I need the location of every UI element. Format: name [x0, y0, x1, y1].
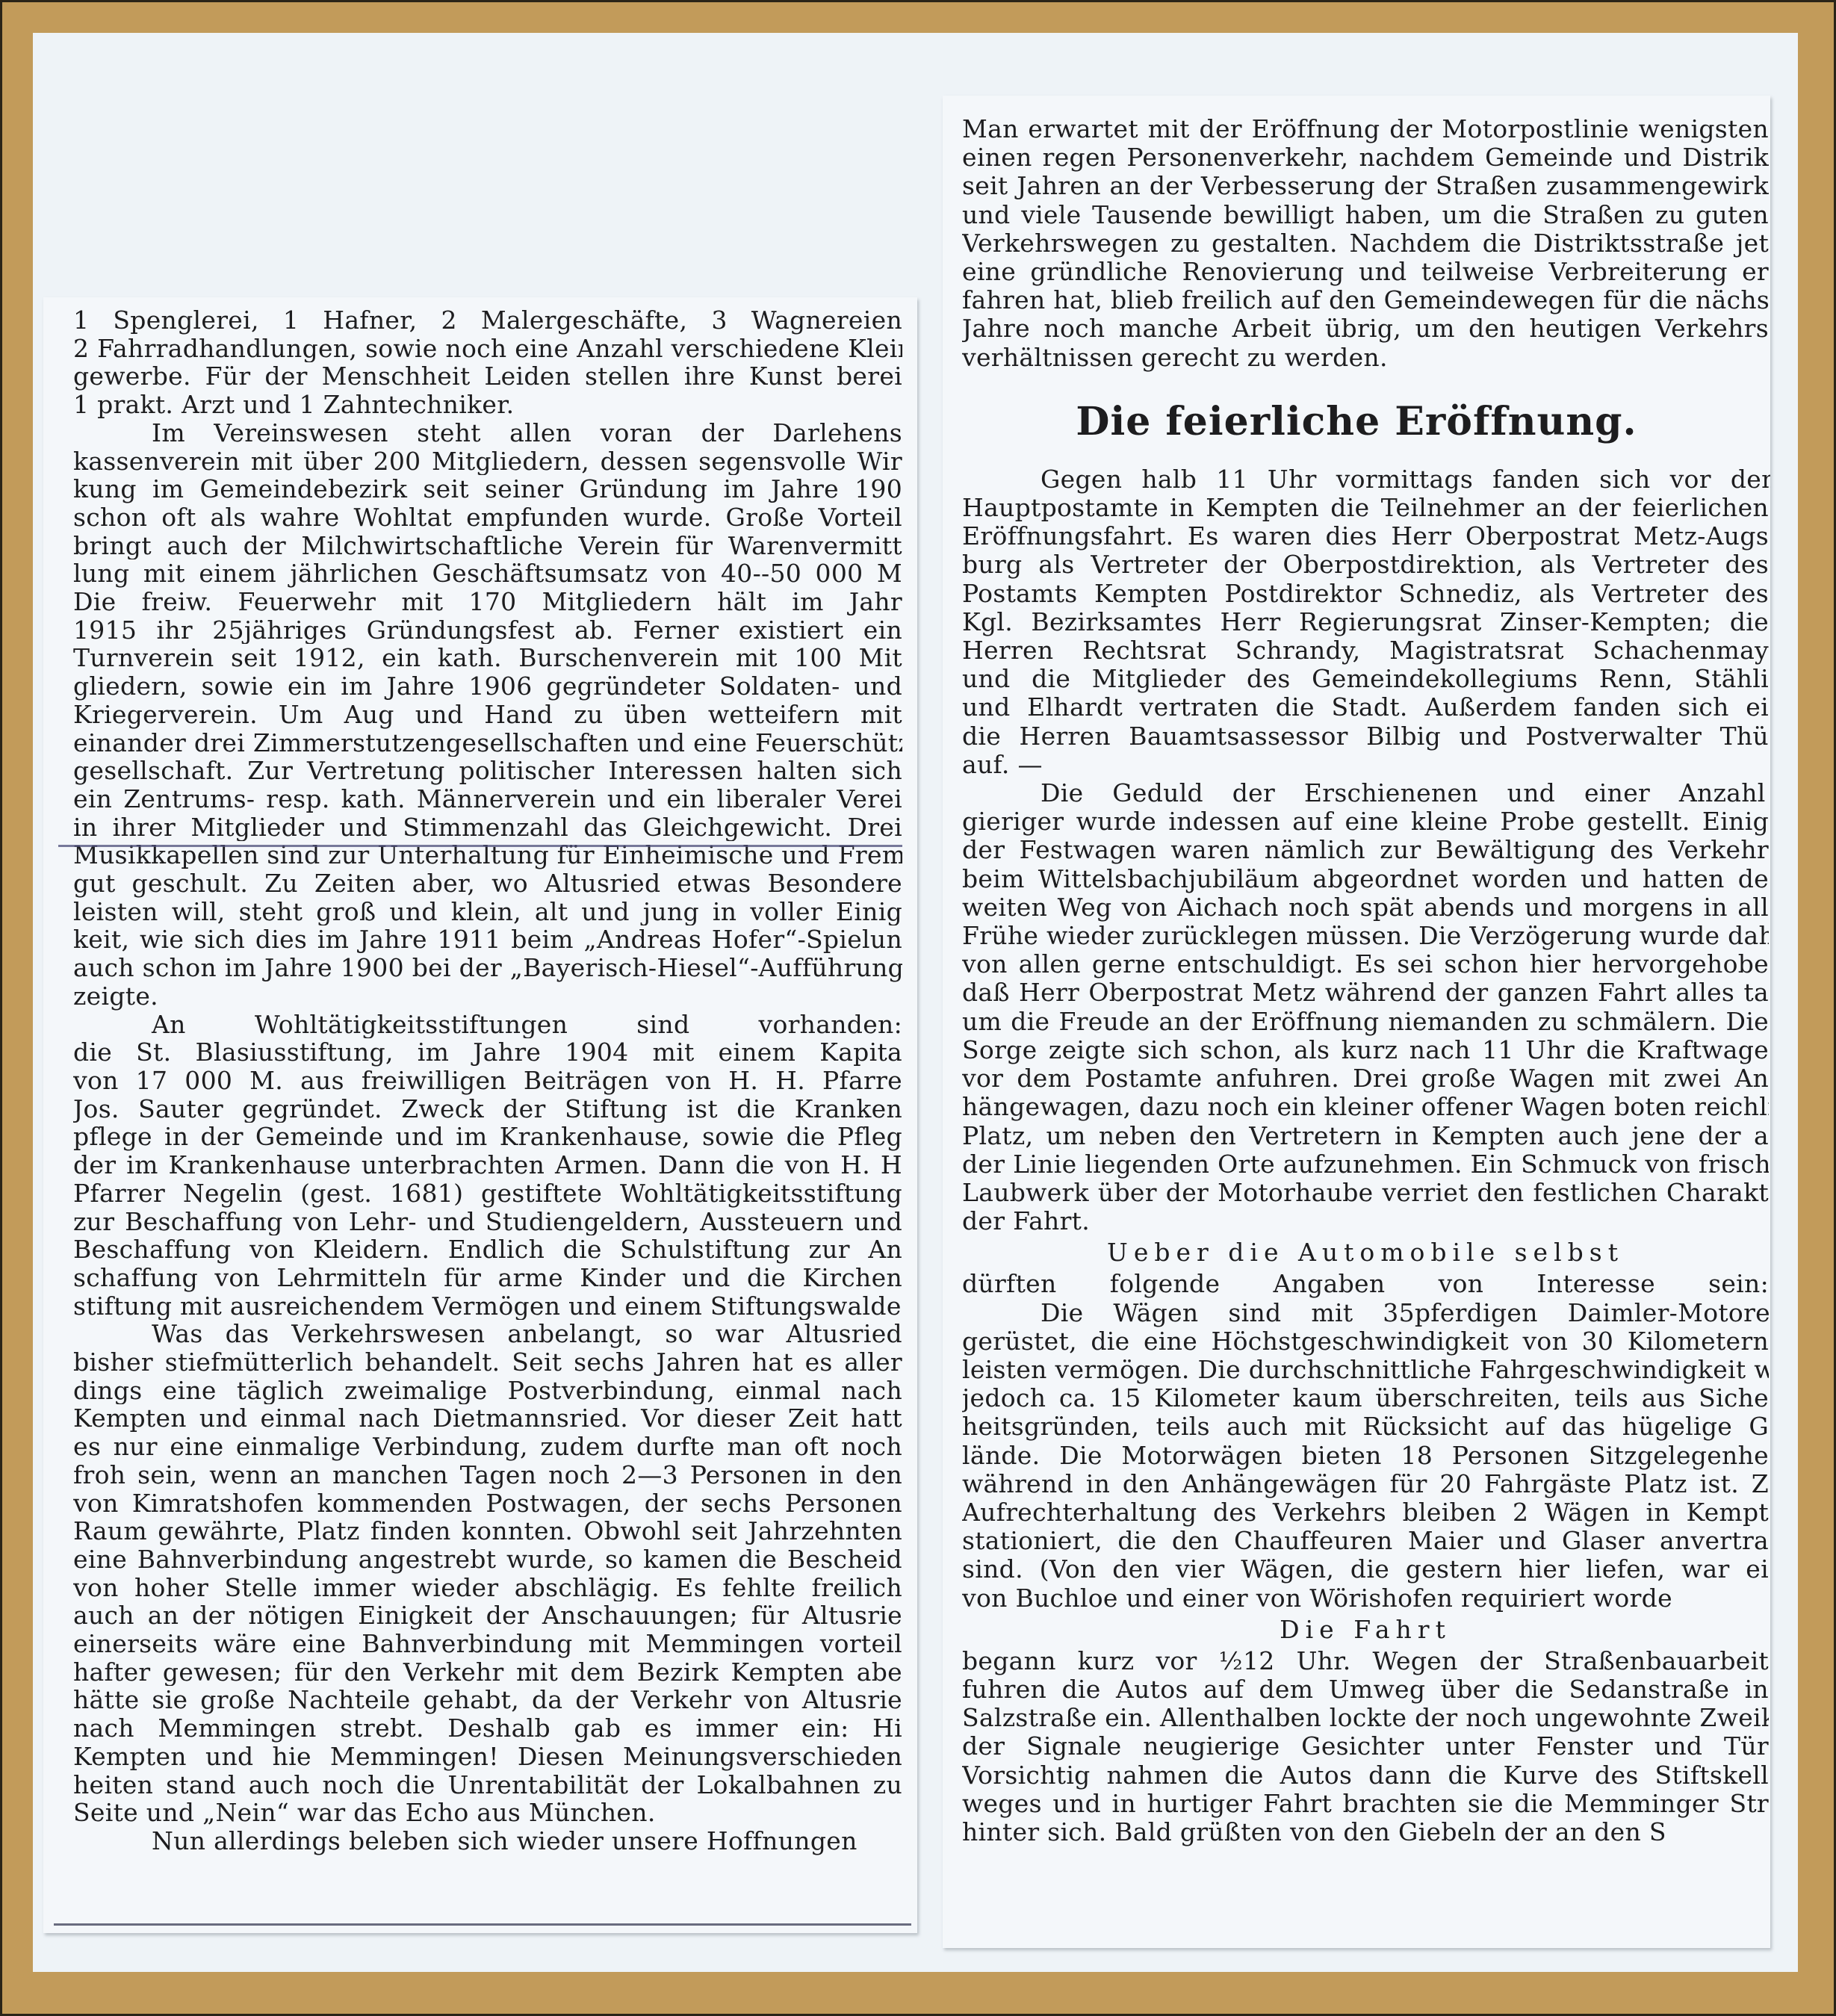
text-line: und viele Tausende bewilligt haben, um d…	[962, 201, 1769, 229]
text-line: von allen gerne entschuldigt. Es sei sch…	[962, 950, 1769, 978]
text-line: und die Mitglieder des Gemeindekollegium…	[962, 665, 1769, 693]
text-line: einen regen Personenverkehr, nachdem Gem…	[962, 143, 1769, 172]
text-line: von Kimratshofen kommenden Postwagen, de…	[73, 1489, 902, 1518]
left-clipping: 1 Spenglerei, 1 Hafner, 2 Malergeschäfte…	[43, 297, 917, 1933]
text-line: gerüstet, die eine Höchstgeschwindigkeit…	[962, 1327, 1769, 1356]
text-line: gieriger wurde indessen auf eine kleine …	[962, 807, 1769, 836]
text-line: beim Wittelsbachjubiläum abgeordnet word…	[962, 865, 1769, 893]
text-line: 2 Fahrradhandlungen, sowie noch eine Anz…	[73, 335, 902, 363]
text-line: hafter gewesen; für den Verkehr mit dem …	[73, 1658, 902, 1687]
text-line: froh sein, wenn an manchen Tagen noch 2—…	[73, 1461, 902, 1489]
text-line: Kgl. Bezirksamtes Herr Regierungsrat Zin…	[962, 608, 1769, 636]
text-line: keit, wie sich dies im Jahre 1911 beim „…	[73, 925, 902, 954]
text-line: ein Zentrums- resp. kath. Männerverein u…	[73, 785, 902, 813]
text-line: Was das Verkehrswesen anbelangt, so war …	[73, 1320, 902, 1348]
text-line: Beschaffung von Kleidern. Endlich die Sc…	[73, 1235, 902, 1264]
text-line: und Elhardt vertraten die Stadt. Außerde…	[962, 693, 1769, 722]
text-line: von Buchloe und einer von Wörishofen req…	[962, 1584, 1769, 1613]
text-line: hätte sie große Nachteile gehabt, da der…	[73, 1686, 902, 1714]
text-line: seit Jahren an der Verbesserung der Stra…	[962, 172, 1769, 200]
subheading-journey: Die Fahrt	[962, 1613, 1769, 1647]
text-line: Die Geduld der Erschienenen und einer An…	[962, 779, 1770, 807]
paragraph: Was das Verkehrswesen anbelangt, so war …	[73, 1320, 902, 1827]
text-line: von 17 000 M. aus freiwilligen Beiträgen…	[73, 1067, 902, 1095]
text-line: einander drei Zimmerstutzengesellschafte…	[73, 729, 902, 757]
text-line: Kempten und hie Memmingen! Diesen Meinun…	[73, 1743, 902, 1771]
text-line: 1 Spenglerei, 1 Hafner, 2 Malergeschäfte…	[73, 306, 902, 335]
text-line: vor dem Postamte anfuhren. Drei große Wa…	[962, 1064, 1769, 1093]
text-line: schaffung von Lehrmitteln für arme Kinde…	[73, 1264, 902, 1292]
text-line: heiten stand auch noch die Unrentabilitä…	[73, 1771, 902, 1799]
text-line: kassenverein mit über 200 Mitgliedern, d…	[73, 447, 902, 476]
text-line: hinter sich. Bald grüßten von den Giebel…	[962, 1818, 1769, 1846]
text-line: Postamts Kempten Postdirektor Schnediz, …	[962, 580, 1769, 608]
text-line: eine Bahnverbindung angestrebt wurde, so…	[73, 1545, 902, 1574]
text-line: Hauptpostamte in Kempten die Teilnehmer …	[962, 494, 1769, 522]
text-line: Platz, um neben den Vertretern in Kempte…	[962, 1122, 1769, 1150]
right-clipping: Man erwartet mit der Eröffnung der Motor…	[943, 96, 1770, 1948]
text-line: jedoch ca. 15 Kilometer kaum überschreit…	[962, 1384, 1769, 1412]
text-line: 1915 ihr 25jähriges Gründungsfest ab. Fe…	[73, 616, 902, 645]
text-line: pflege in der Gemeinde und im Krankenhau…	[73, 1123, 902, 1151]
text-line: Jahre noch manche Arbeit übrig, um den h…	[962, 314, 1769, 343]
text-line: fahren hat, blieb freilich auf den Gemei…	[962, 286, 1769, 314]
text-line: Im Vereinswesen steht allen voran der Da…	[73, 419, 902, 447]
text-line: auch an der nötigen Einigkeit der Anscha…	[73, 1601, 902, 1630]
delay-paragraph: Die Geduld der Erschienenen und einer An…	[962, 779, 1770, 1235]
text-line: heitsgründen, teils auch mit Rücksicht a…	[962, 1412, 1769, 1441]
text-line: von hoher Stelle immer wieder abschlägig…	[73, 1574, 902, 1602]
text-line: der Signale neugierige Gesichter unter F…	[962, 1732, 1769, 1761]
text-line: Frühe wieder zurücklegen müssen. Die Ver…	[962, 922, 1769, 950]
text-line: hängewagen, dazu noch ein kleiner offene…	[962, 1093, 1769, 1121]
text-line: Nun allerdings beleben sich wieder unser…	[73, 1827, 902, 1855]
text-line: Sorge zeigte sich schon, als kurz nach 1…	[962, 1036, 1769, 1064]
text-line: auf. —	[962, 751, 1769, 779]
text-line: begann kurz vor ½12 Uhr. Wegen der Straß…	[962, 1647, 1769, 1675]
text-line: weiten Weg von Aichach noch spät abends …	[962, 893, 1769, 922]
text-line: bisher stiefmütterlich behandelt. Seit s…	[73, 1348, 902, 1377]
text-line: Jos. Sauter gegründet. Zweck der Stiftun…	[73, 1095, 902, 1123]
text-line: sind. (Von den vier Wägen, die gestern h…	[962, 1555, 1769, 1584]
text-line: einerseits wäre eine Bahnverbindung mit …	[73, 1630, 902, 1658]
text-line: fuhren die Autos auf dem Umweg über die …	[962, 1675, 1769, 1704]
cut-line	[54, 1923, 911, 1926]
paragraph: Nun allerdings beleben sich wieder unser…	[73, 1827, 902, 1855]
text-line: stationiert, die den Chauffeuren Maier u…	[962, 1527, 1769, 1555]
text-line: der Festwagen waren nämlich zur Bewältig…	[962, 836, 1769, 864]
text-line: Aufrechterhaltung des Verkehrs bleiben 2…	[962, 1498, 1769, 1527]
text-line: An Wohltätigkeitsstiftungen sind vorhand…	[73, 1011, 902, 1039]
text-line: Vorsichtig nahmen die Autos dann die Kur…	[962, 1761, 1769, 1790]
text-line: dings eine täglich zweimalige Postverbin…	[73, 1377, 902, 1405]
text-line: während in den Anhängewägen für 20 Fahrg…	[962, 1470, 1769, 1498]
text-line: gesellschaft. Zur Vertretung politischer…	[73, 757, 902, 785]
text-line: 1 prakt. Arzt und 1 Zahntechniker.	[73, 391, 902, 419]
article-heading: Die feierliche Eröffnung.	[943, 399, 1770, 444]
text-line: die St. Blasiusstiftung, im Jahre 1904 m…	[73, 1038, 902, 1067]
text-line: Kriegerverein. Um Aug und Hand zu üben w…	[73, 701, 902, 729]
text-line: Die freiw. Feuerwehr mit 170 Mitgliedern…	[73, 588, 902, 616]
text-line: Salzstraße ein. Allenthalben lockte der …	[962, 1704, 1769, 1732]
cut-line	[58, 845, 902, 847]
text-line: leisten vermögen. Die durchschnittliche …	[962, 1356, 1769, 1384]
text-line: Pfarrer Negelin (gest. 1681) gestiftete …	[73, 1179, 902, 1208]
text-line: in ihrer Mitglieder und Stimmenzahl das …	[73, 813, 902, 842]
text-line: kung im Gemeindebezirk seit seiner Gründ…	[73, 475, 902, 503]
text-line: um die Freude an der Eröffnung niemanden…	[962, 1008, 1769, 1036]
text-line: lände. Die Motorwägen bieten 18 Personen…	[962, 1442, 1769, 1470]
text-line: burg als Vertreter der Oberpostdirektion…	[962, 550, 1769, 579]
text-line: eine gründliche Renovierung und teilweis…	[962, 258, 1769, 286]
text-line: weges und in hurtiger Fahrt brachten sie…	[962, 1790, 1769, 1818]
text-line: daß Herr Oberpostrat Metz während der ga…	[962, 978, 1769, 1007]
journey-paragraph: begann kurz vor ½12 Uhr. Wegen der Straß…	[962, 1647, 1770, 1846]
text-line: Raum gewährte, Platz finden konnten. Obw…	[73, 1517, 902, 1545]
text-line: bringt auch der Milchwirtschaftliche Ver…	[73, 532, 902, 560]
text-line: Eröffnungsfahrt. Es waren dies Herr Ober…	[962, 522, 1769, 550]
opening-paragraph: Gegen halb 11 Uhr vormittags fanden sich…	[962, 465, 1770, 779]
text-line: Turnverein seit 1912, ein kath. Burschen…	[73, 644, 902, 672]
text-line: der Fahrt.	[962, 1207, 1769, 1235]
automobiles-paragraph: dürften folgende Angaben von Interesse s…	[962, 1270, 1770, 1612]
paragraph: Im Vereinswesen steht allen voran der Da…	[73, 419, 902, 1011]
text-line: gut geschult. Zu Zeiten aber, wo Altusri…	[73, 869, 902, 898]
subheading-automobiles: Ueber die Automobile selbst	[962, 1235, 1769, 1270]
text-line: der im Krankenhause unterbrachten Armen.…	[73, 1151, 902, 1179]
text-line: zur Beschaffung von Lehr- und Studiengel…	[73, 1208, 902, 1236]
text-line: leisten will, steht groß und klein, alt …	[73, 898, 902, 926]
text-line: verhältnissen gerecht zu werden.	[962, 344, 1769, 372]
text-line: gliedern, sowie ein im Jahre 1906 gegrün…	[73, 672, 902, 701]
intro-paragraph: Man erwartet mit der Eröffnung der Motor…	[962, 115, 1770, 372]
text-line: Man erwartet mit der Eröffnung der Motor…	[962, 115, 1769, 143]
text-line: es nur eine einmalige Verbindung, zudem …	[73, 1433, 902, 1461]
text-line: Die Wägen sind mit 35pferdigen Daimler-M…	[962, 1299, 1770, 1327]
text-line: schon oft als wahre Wohltat empfunden wu…	[73, 503, 902, 532]
text-line: die Herren Bauamtsassessor Bilbig und Po…	[962, 722, 1769, 751]
text-line: nach Memmingen strebt. Deshalb gab es im…	[73, 1714, 902, 1743]
text-line: der Linie liegenden Orte aufzunehmen. Ei…	[962, 1150, 1769, 1179]
text-line: Gegen halb 11 Uhr vormittags fanden sich…	[962, 465, 1770, 494]
text-line: Seite und „Nein“ war das Echo aus Münche…	[73, 1799, 902, 1827]
paragraph: 1 Spenglerei, 1 Hafner, 2 Malergeschäfte…	[73, 306, 902, 419]
paragraph: An Wohltätigkeitsstiftungen sind vorhand…	[73, 1011, 902, 1321]
text-line: Herren Rechtsrat Schrandy, Magistratsrat…	[962, 636, 1769, 665]
text-line: gewerbe. Für der Menschheit Leiden stell…	[73, 362, 902, 391]
text-line: Laubwerk über der Motorhaube verriet den…	[962, 1179, 1769, 1207]
text-line: auch schon im Jahre 1900 bei der „Bayeri…	[73, 954, 902, 982]
text-line: zeigte.	[73, 982, 902, 1011]
text-line: Verkehrswegen zu gestalten. Nachdem die …	[962, 229, 1769, 258]
text-line: stiftung mit ausreichendem Vermögen und …	[73, 1292, 902, 1321]
text-line: lung mit einem jährlichen Geschäftsumsat…	[73, 559, 902, 588]
left-clipping-text: 1 Spenglerei, 1 Hafner, 2 Malergeschäfte…	[73, 306, 902, 1855]
text-line: dürften folgende Angaben von Interesse s…	[962, 1270, 1769, 1298]
text-line: Kempten und einmal nach Dietmannsried. V…	[73, 1404, 902, 1433]
